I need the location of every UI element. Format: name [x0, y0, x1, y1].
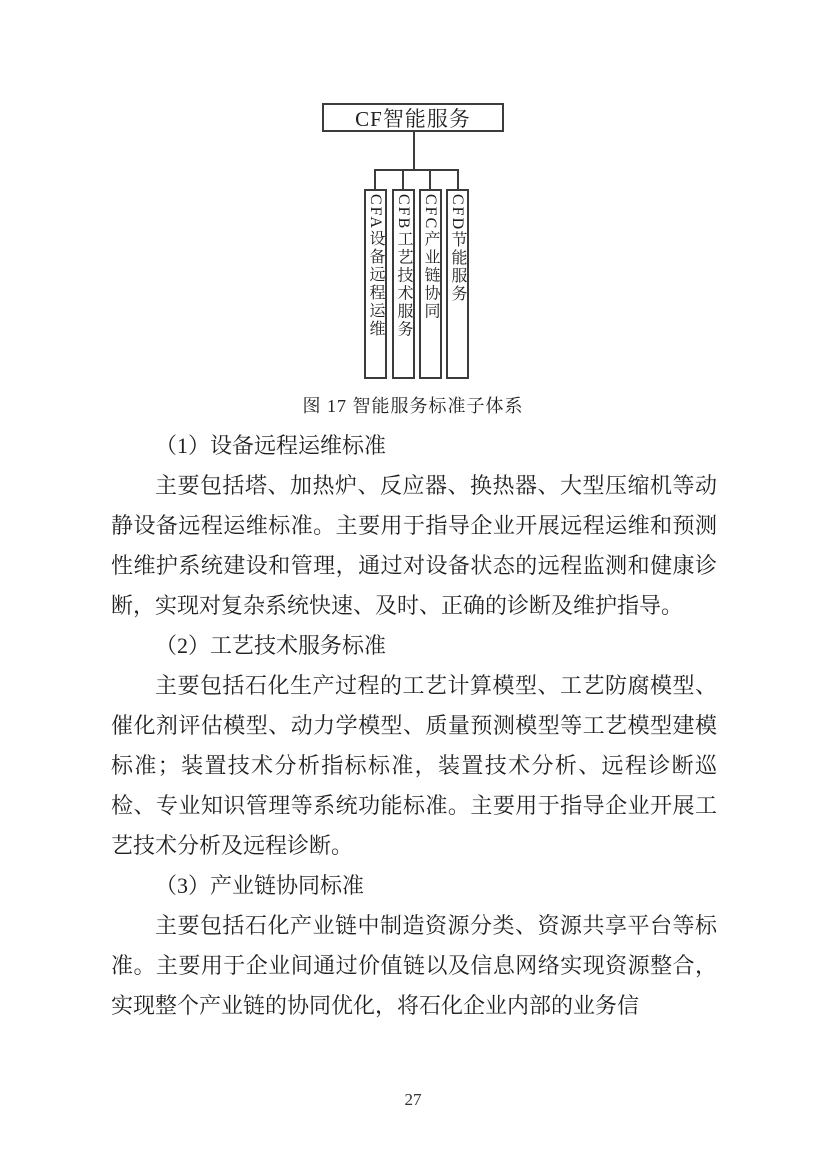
page-number: 27 [0, 1090, 826, 1110]
figure-caption: 图 17 智能服务标准子体系 [0, 392, 826, 418]
body-text: （1）设备远程运维标准 主要包括塔、加热炉、反应器、换热器、大型压缩机等动静设备… [111, 426, 717, 1026]
section-1-heading: （1）设备远程运维标准 [111, 426, 717, 466]
connector-stub-2 [402, 169, 404, 189]
connector-stub-4 [457, 169, 459, 189]
diagram-child-box-cfb: CFB工艺技术服务 [392, 189, 415, 379]
diagram-child-box-cfc: CFC产业链协同 [419, 189, 442, 379]
diagram-child-box-cfa: CFA设备远程运维 [364, 189, 387, 379]
connector-horizontal-bar [374, 169, 459, 171]
diagram-root-box: CF智能服务 [322, 103, 504, 132]
section-3-heading: （3）产业链协同标准 [111, 866, 717, 906]
document-page: CF智能服务 CFA设备远程运维 CFB工艺技术服务 CFC产业链协同 CFD节… [0, 0, 826, 1169]
diagram-root-label: CF智能服务 [355, 103, 471, 133]
section-2-heading: （2）工艺技术服务标准 [111, 626, 717, 666]
section-3-paragraph: 主要包括石化产业链中制造资源分类、资源共享平台等标准。主要用于企业间通过价值链以… [111, 906, 717, 1026]
diagram-child-box-cfd: CFD节能服务 [446, 189, 469, 379]
section-1-paragraph: 主要包括塔、加热炉、反应器、换热器、大型压缩机等动静设备远程运维标准。主要用于指… [111, 466, 717, 626]
connector-stub-1 [374, 169, 376, 189]
connector-stub-3 [429, 169, 431, 189]
connector-root-vertical [413, 132, 415, 170]
section-2-paragraph: 主要包括石化生产过程的工艺计算模型、工艺防腐模型、催化剂评估模型、动力学模型、质… [111, 666, 717, 866]
